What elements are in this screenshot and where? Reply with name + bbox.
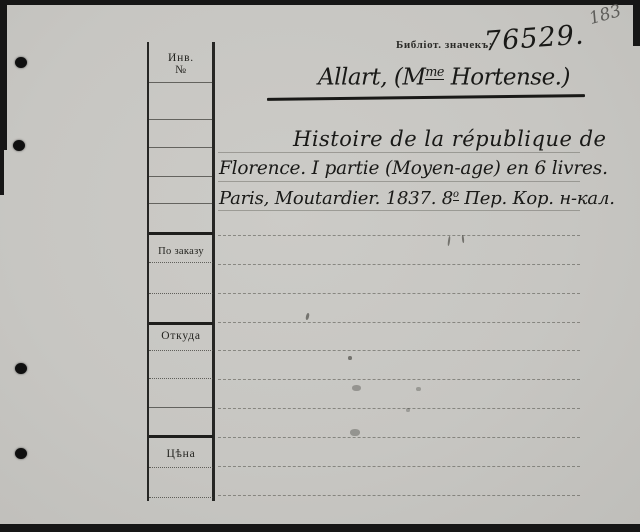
title-line-2: Florence. I partie (Moyen-age) en 6 livr… (219, 158, 608, 179)
ink-speck (447, 236, 450, 246)
punch-hole (15, 363, 27, 374)
scan-edge-left (0, 0, 7, 150)
ruled-line (218, 466, 580, 467)
column-rule-line (149, 82, 213, 83)
imprint-line: Paris, Moutardier. 1837. 8o Пер. Кор. н-… (219, 188, 615, 209)
pencil-mark (352, 385, 361, 391)
imprint-post: Пер. Кор. н-кал. (459, 188, 615, 209)
punch-hole (13, 140, 25, 151)
imprint-pre: Paris, Moutardier. 1837. 8 (219, 188, 453, 209)
ruled-line (218, 264, 580, 265)
ruled-line (218, 293, 580, 294)
ruled-line (218, 408, 580, 409)
column-rule-line (149, 176, 213, 177)
ink-speck (462, 235, 465, 243)
author-line: Allart, (Mme Hortense.) (318, 64, 570, 91)
column-rule-line (149, 232, 213, 235)
column-rule-line (149, 119, 213, 120)
column-rule-line (149, 497, 213, 498)
inventory-number-label: Инв. № (148, 52, 214, 76)
author-post: Hortense.) (444, 65, 570, 91)
order-label: По заказу (148, 246, 214, 257)
title-line-1: Histoire de la république de (293, 127, 606, 151)
inventory-label-line1: Инв. (148, 52, 214, 64)
ink-speck (348, 356, 352, 360)
ruled-line (218, 350, 580, 351)
pencil-mark (416, 387, 421, 391)
column-right-rule (212, 42, 215, 501)
ruled-line (218, 322, 580, 323)
ink-speck (305, 313, 310, 321)
stamp-label: Библіот. значекъ: (396, 39, 493, 51)
scan-edge-left-lower (0, 150, 4, 195)
origin-label: Откуда (148, 330, 214, 342)
column-left-rule (147, 42, 149, 501)
ruled-line (218, 235, 580, 236)
punch-hole (15, 57, 27, 68)
column-rule-line (149, 147, 213, 148)
column-rule-line (149, 262, 213, 263)
scan-edge-top-right (633, 0, 640, 46)
catalog-card-scan: Инв. № По заказу Откуда Цѣна 183 Библіот… (0, 0, 640, 532)
column-rule-line (149, 203, 213, 204)
author-superscript: me (425, 64, 443, 80)
scan-edge-bottom (0, 524, 640, 532)
punch-hole (15, 448, 27, 459)
column-rule-line (149, 322, 213, 325)
ruled-line (218, 379, 580, 380)
author-pre: Allart, (M (318, 65, 425, 91)
inventory-label-line2: № (148, 64, 214, 76)
pencil-mark (350, 429, 360, 436)
column-rule-line (149, 407, 213, 408)
ruled-line (218, 495, 580, 496)
page-number: 183 (587, 1, 624, 29)
ruled-line (218, 152, 580, 153)
ruled-line (218, 181, 580, 182)
accession-number: 76529. (483, 20, 585, 58)
price-label: Цѣна (148, 448, 214, 460)
column-rule-line (149, 378, 213, 379)
column-rule-line (149, 435, 213, 438)
pencil-mark (406, 408, 410, 412)
column-rule-line (149, 350, 213, 351)
ruled-line (218, 437, 580, 438)
column-rule-line (149, 293, 213, 294)
author-underline (267, 94, 585, 100)
column-rule-line (149, 467, 213, 468)
scan-edge-top (0, 0, 640, 5)
ruled-line (218, 210, 580, 211)
